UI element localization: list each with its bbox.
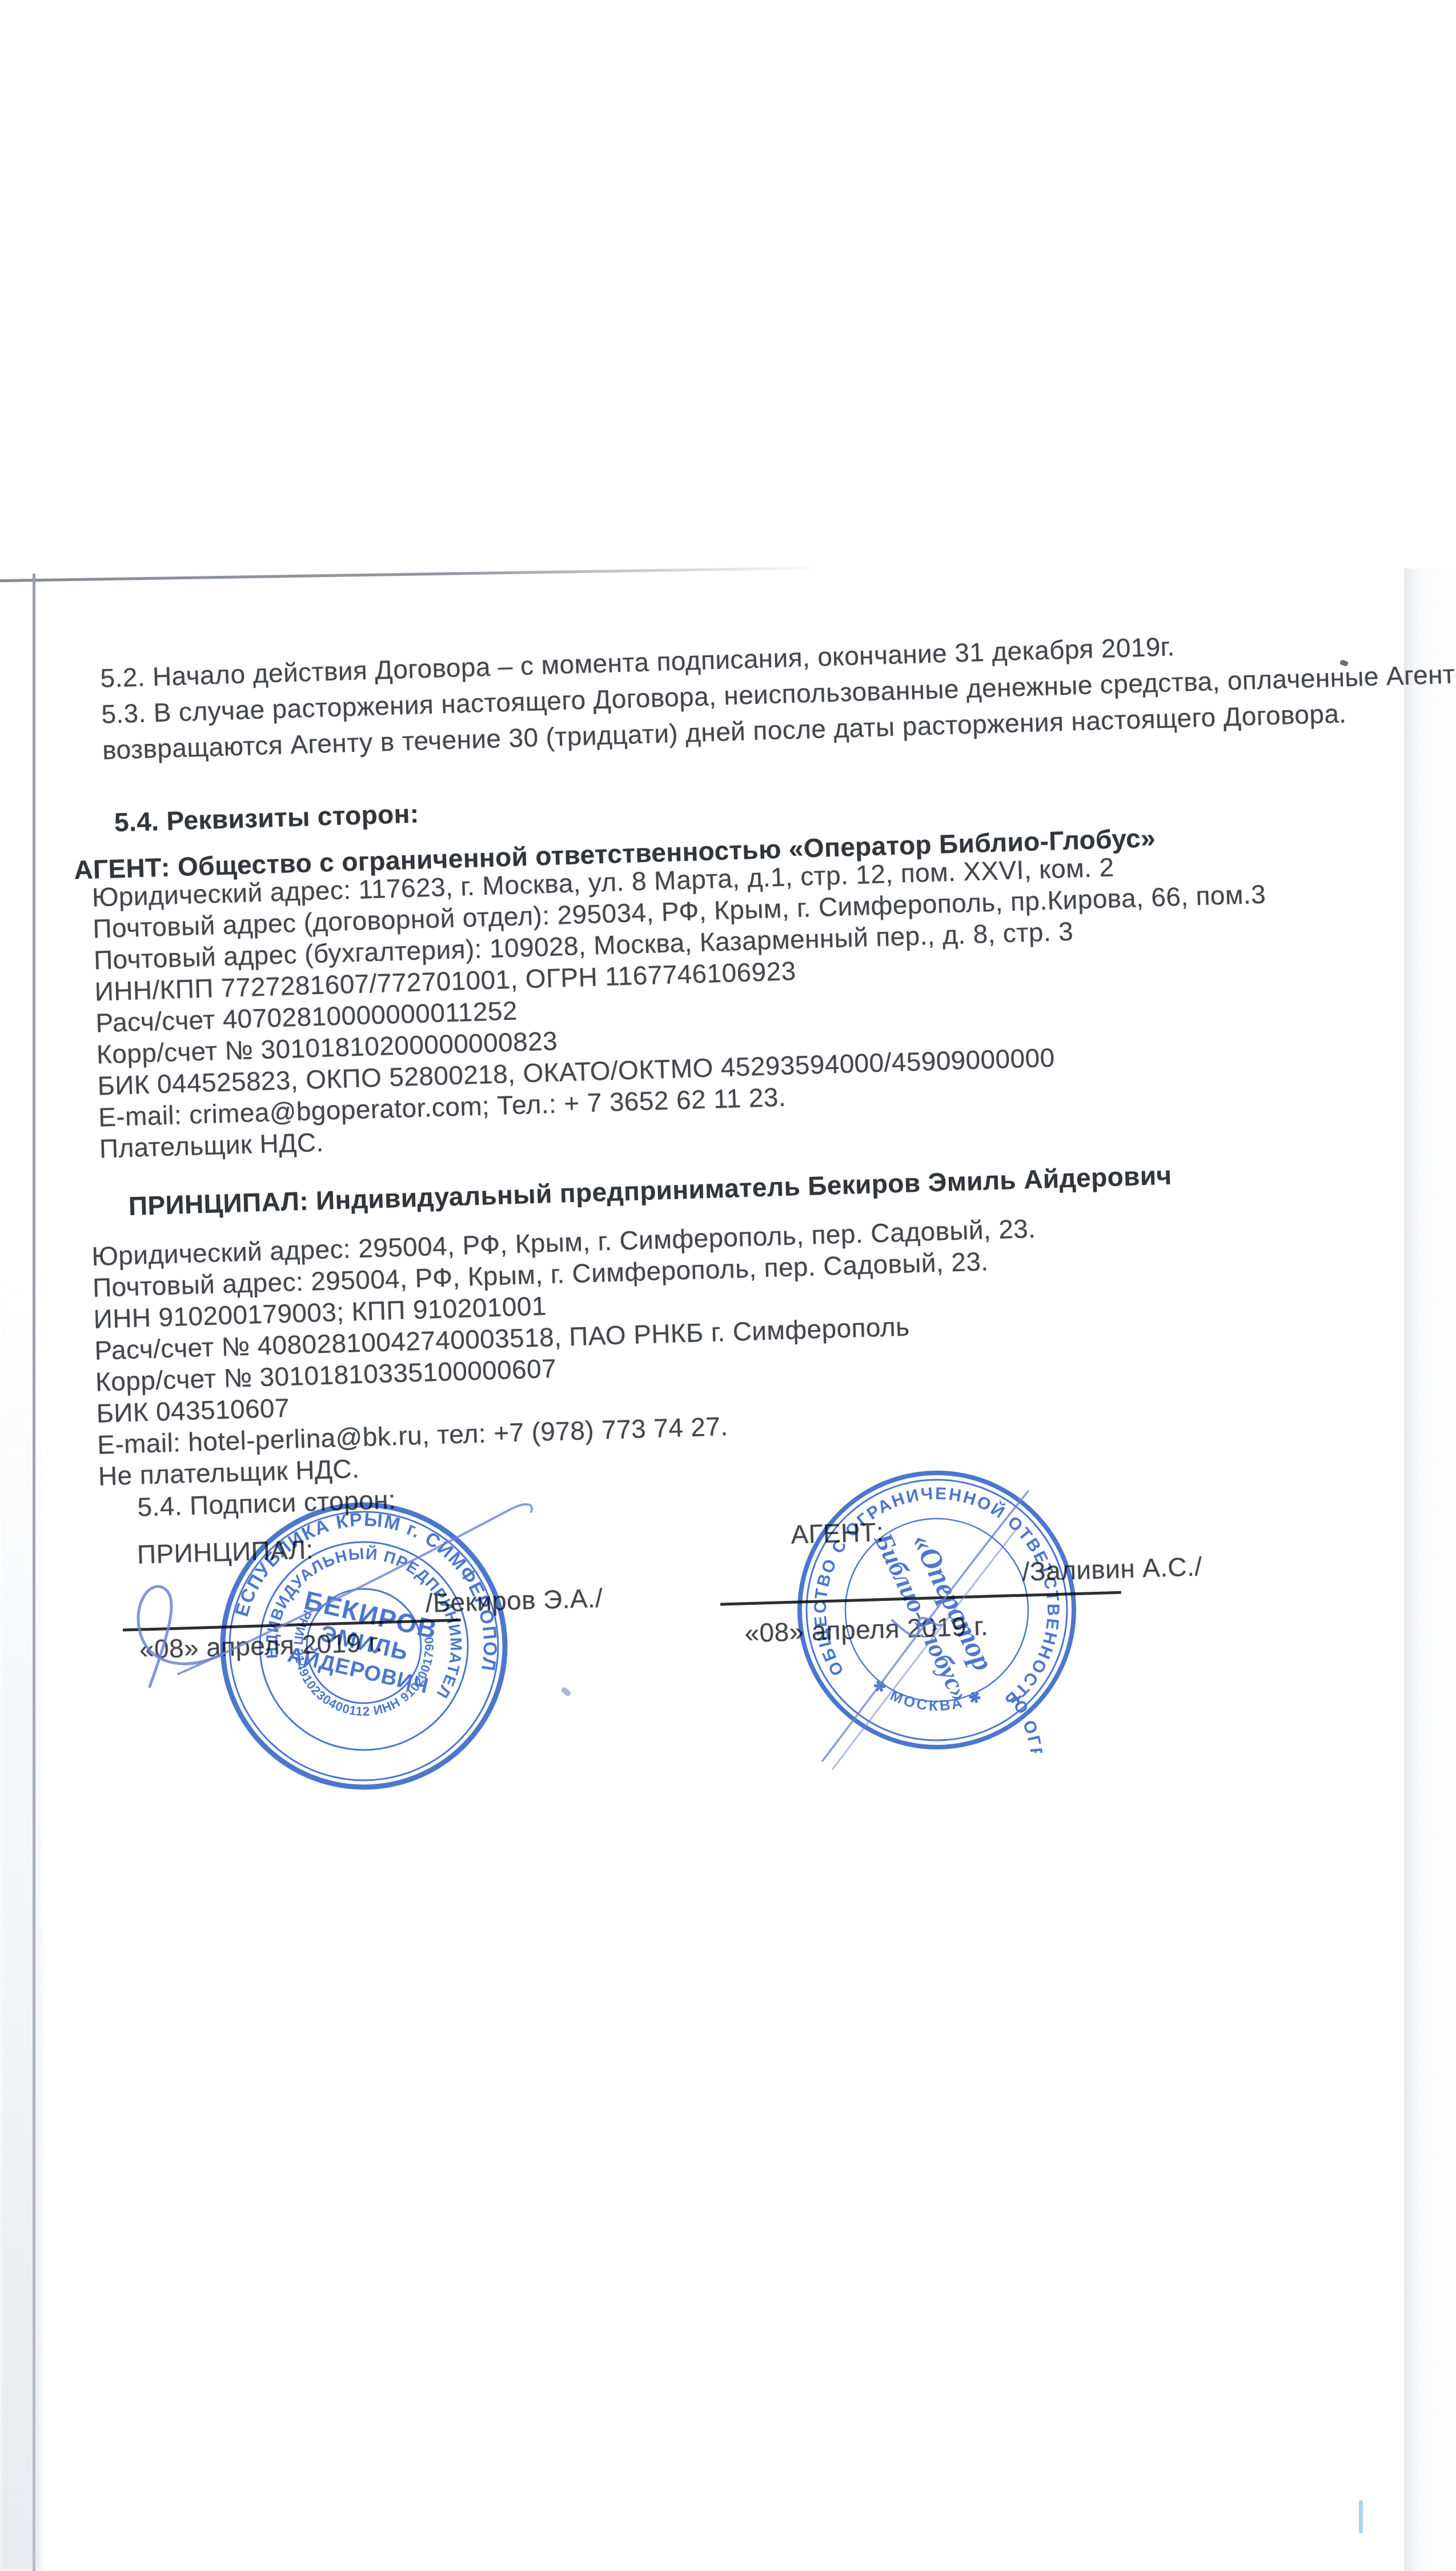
agent-signature-stroke-2 xyxy=(833,1524,1020,1769)
handwritten-signatures-layer xyxy=(0,0,1456,2571)
scanned-contract-page: { "document": { "clauses": { "c52": "5.2… xyxy=(0,0,1456,2571)
agent-signature-squiggle xyxy=(892,1618,941,1636)
agent-signature-stroke-1 xyxy=(823,1491,1028,1761)
principal-signature-tail xyxy=(178,1504,532,1674)
